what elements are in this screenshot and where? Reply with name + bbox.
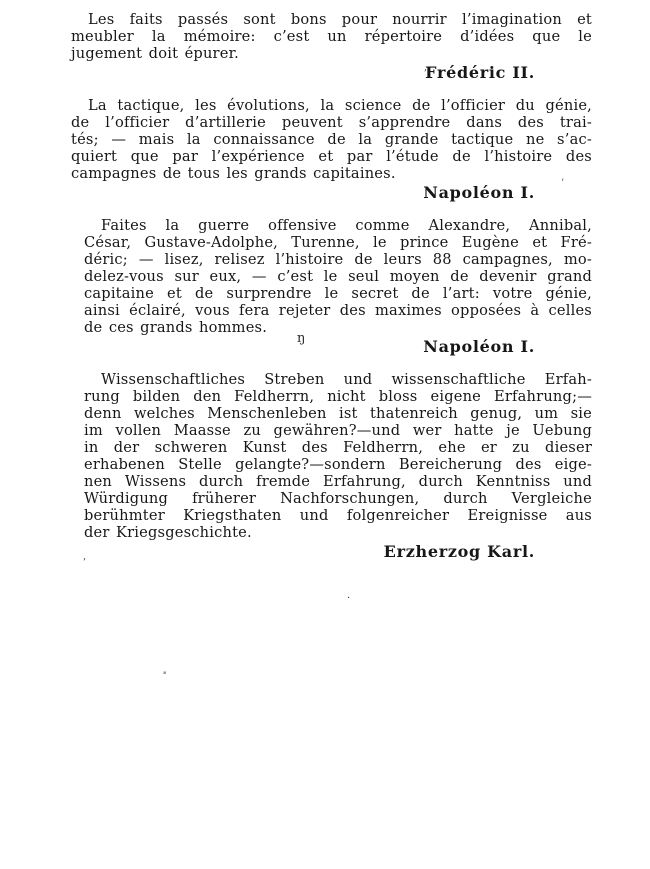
quote-attribution: Frédéric II.	[71, 64, 592, 82]
quote-block-3: Faites la guerre offensive comme Alexand…	[71, 217, 592, 356]
quote-line: ainsi éclairé, vous fera rejeter des max…	[84, 302, 592, 319]
quote-line: im vollen Maasse zu gewähren?—und wer ha…	[84, 422, 592, 439]
scan-speck: ’	[561, 179, 564, 189]
quote-line: rung bilden den Feldherrn, nicht bloss e…	[84, 388, 592, 405]
quote-line: in der schweren Kunst des Feldherrn, ehe…	[84, 439, 592, 456]
quote-line: erhabenen Stelle gelangte?—sondern Berei…	[84, 456, 592, 473]
quote-line: campagnes de tous les grands capitaines.	[71, 165, 592, 182]
quote-line: der Kriegsgeschichte.	[84, 524, 592, 541]
quote-line: Wissenschaftliches Streben und wissensch…	[84, 371, 592, 388]
quote-line: meubler la mémoire: c’est un répertoire …	[71, 28, 592, 45]
quote-line: berühmter Kriegsthaten und folgenreicher…	[84, 507, 592, 524]
quote-block-2: La tactique, les évolutions, la science …	[71, 97, 592, 202]
quote-line: nen Wissens durch fremde Erfahrung, durc…	[84, 473, 592, 490]
scan-speck: ,	[83, 552, 86, 562]
scan-speck: ▪	[163, 671, 166, 676]
scan-speck: ·	[232, 259, 235, 269]
quote-line: capitaine et de surprendre le secret de …	[84, 285, 592, 302]
quote-block-4: Wissenschaftliches Streben und wissensch…	[71, 371, 592, 561]
quote-attribution: Erzherzog Karl.	[71, 543, 592, 561]
quote-text: La tactique, les évolutions, la science …	[71, 97, 592, 182]
scan-speck: ŋ	[297, 332, 305, 345]
scan-speck: ,	[424, 63, 427, 73]
quote-line: Würdigung früherer Nachforschungen, durc…	[84, 490, 592, 507]
quote-line: de ces grands hommes.	[84, 319, 592, 336]
quote-line: quiert que par l’expérience et par l’étu…	[71, 148, 592, 165]
quote-line: déric; — lisez, relisez l’histoire de le…	[84, 251, 592, 268]
quotes-container: Les faits passés sont bons pour nourrir …	[0, 0, 650, 561]
quote-line: de l’officier d’artillerie peuvent s’app…	[71, 114, 592, 131]
quote-line: Faites la guerre offensive comme Alexand…	[84, 217, 592, 234]
quote-block-1: Les faits passés sont bons pour nourrir …	[71, 11, 592, 82]
quote-text: Wissenschaftliches Streben und wissensch…	[84, 371, 592, 541]
quote-line: tés; — mais la connaissance de la grande…	[71, 131, 592, 148]
quote-line: La tactique, les évolutions, la science …	[71, 97, 592, 114]
quote-line: delez-vous sur eux, — c’est le seul moye…	[84, 268, 592, 285]
scanned-book-page: Les faits passés sont bons pour nourrir …	[0, 0, 650, 869]
quote-line: denn welches Menschenleben ist thatenrei…	[84, 405, 592, 422]
quote-line: César, Gustave-Adolphe, Turenne, le prin…	[84, 234, 592, 251]
quote-text: Les faits passés sont bons pour nourrir …	[71, 11, 592, 62]
scan-speck: ·	[347, 594, 350, 604]
quote-text: Faites la guerre offensive comme Alexand…	[84, 217, 592, 336]
quote-attribution: Napoléon I.	[71, 184, 592, 202]
quote-line: jugement doit épurer.	[71, 45, 592, 62]
quote-line: Les faits passés sont bons pour nourrir …	[71, 11, 592, 28]
quote-attribution: Napoléon I.	[71, 338, 592, 356]
